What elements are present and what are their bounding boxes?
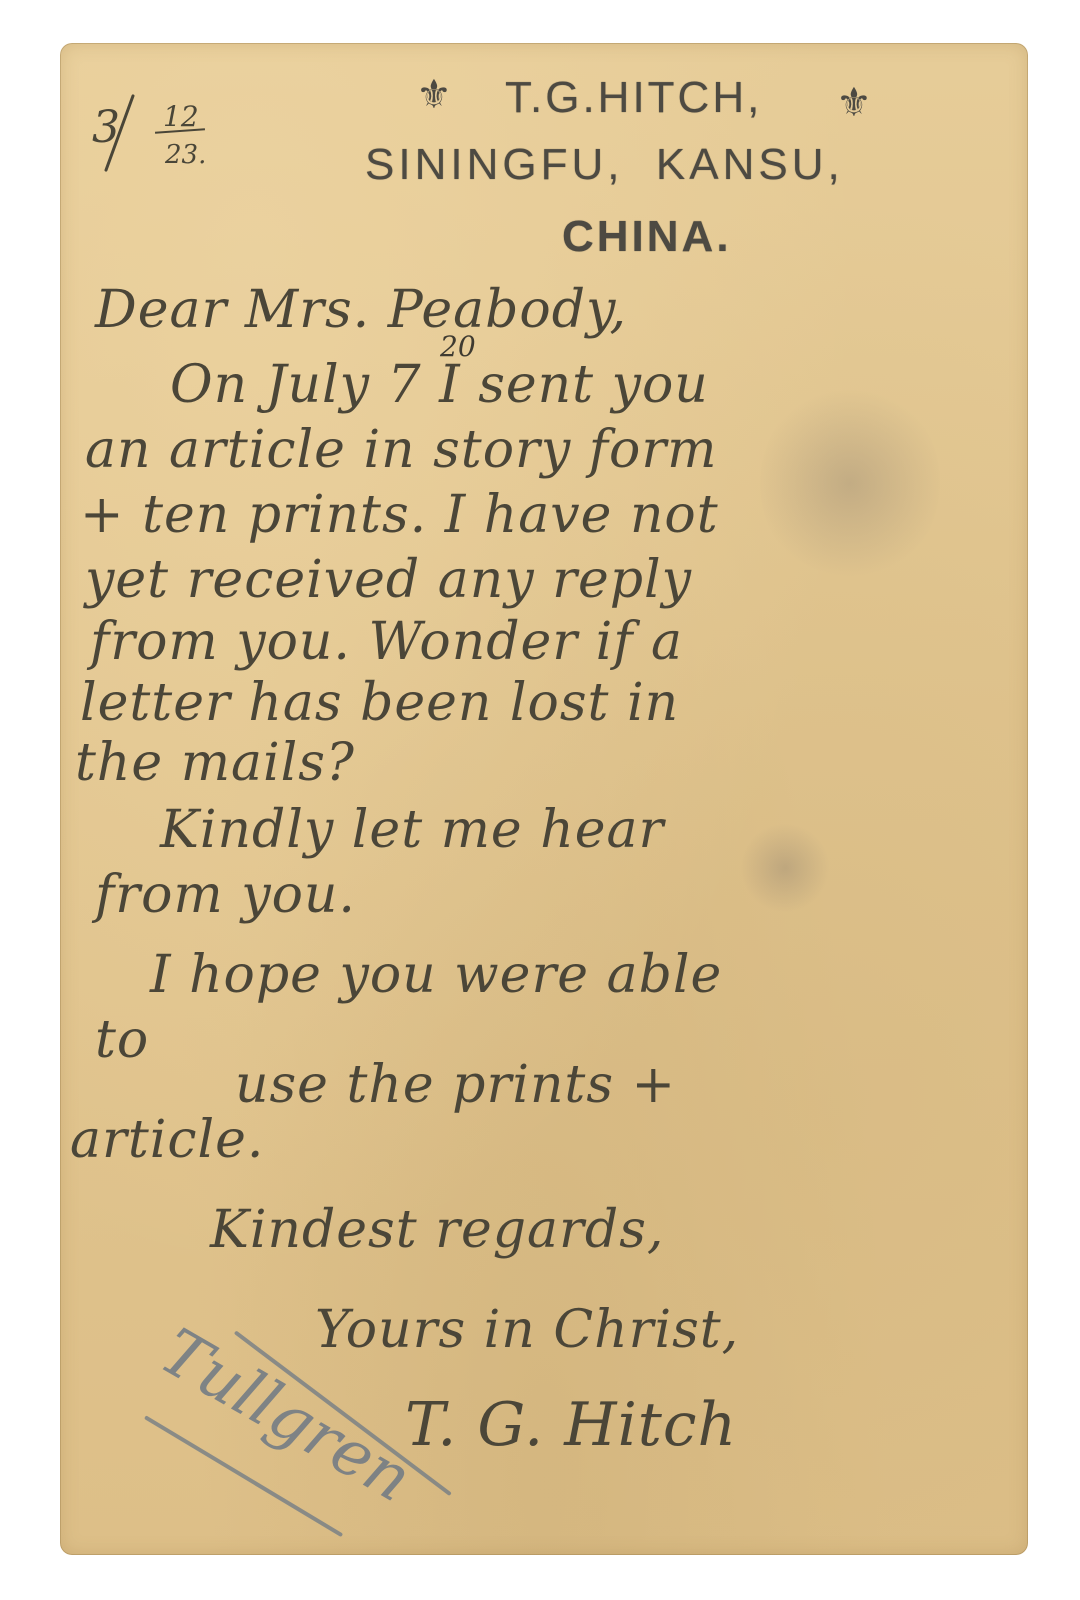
letter-line: article. (70, 1110, 264, 1170)
valediction: Yours in Christ, (315, 1300, 739, 1360)
letter-line: I hope you were able (150, 945, 722, 1005)
letter-line: from you. Wonder if a (90, 612, 683, 672)
fleur-de-lis-icon: ⚜ (416, 72, 452, 118)
stamp-city-province: SININGFU, KANSU, (365, 140, 844, 190)
letter-line: letter has been lost in (80, 673, 679, 733)
letter-line: On July 7 I sent you (170, 355, 709, 415)
stamp-name: T.G.HITCH, (505, 73, 762, 123)
signature: T. G. Hitch (405, 1390, 737, 1460)
stamp-country: CHINA. (562, 212, 732, 262)
letter-line: the mails? (75, 733, 355, 793)
letter-line: to (95, 1010, 149, 1070)
salutation: Dear Mrs. Peabody, (95, 280, 627, 340)
postmark-smudge (760, 383, 940, 583)
fleur-de-lis-icon: ⚜ (836, 80, 872, 126)
closing: Kindest regards, (210, 1200, 664, 1260)
letter-line: an article in story form (85, 420, 718, 480)
letter-line: use the prints + (235, 1055, 676, 1115)
letter-line: from you. (95, 865, 356, 925)
letter-line: yet received any reply (85, 550, 692, 610)
letter-line: Kindly let me hear (160, 800, 664, 860)
postmark-smudge (740, 823, 830, 913)
date-year: 23. (165, 140, 206, 170)
letter-line: + ten prints. I have not (80, 485, 719, 545)
